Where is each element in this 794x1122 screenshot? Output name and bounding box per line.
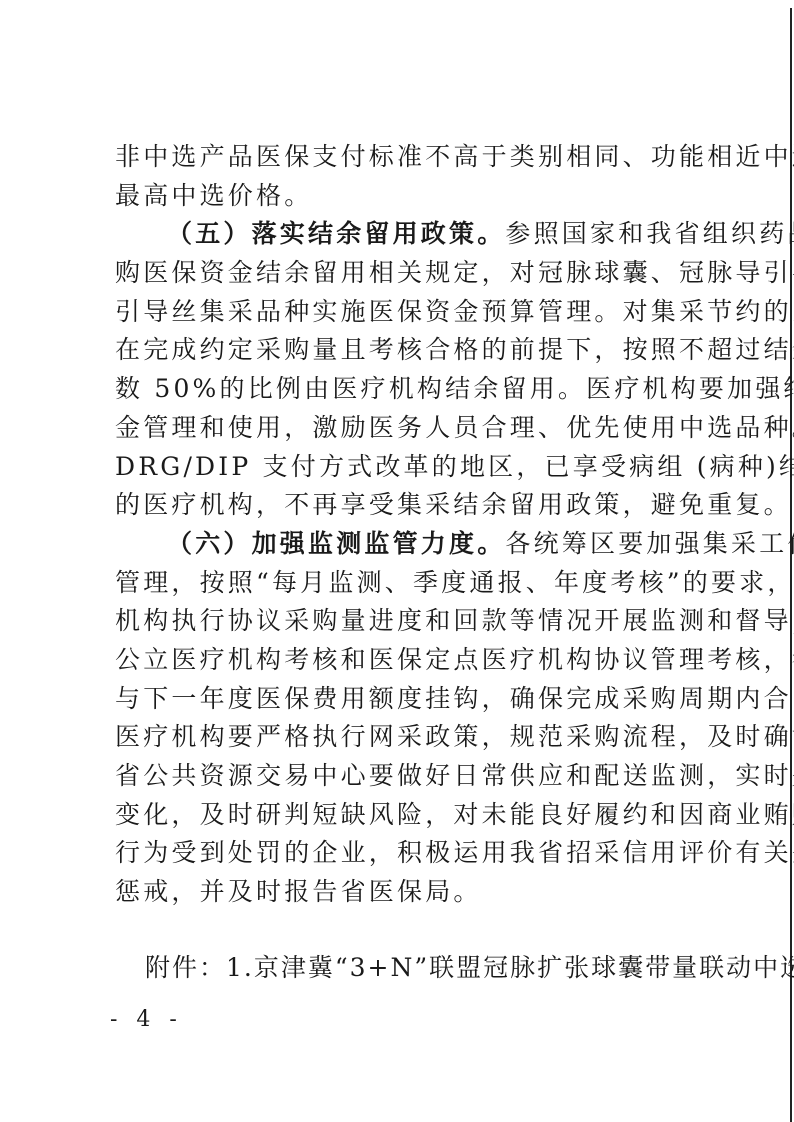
document-body: 非中选产品医保支付标准不高于类别相同、功能相近中选产品的 最高中选价格。 （五）… [115, 138, 683, 912]
text-line: 在完成约定采购量且考核合格的前提下，按照不超过结余测算基 [115, 331, 683, 370]
text-line: 引导丝集采品种实施医保资金预算管理。对集采节约的医保资金， [115, 293, 683, 332]
section-five-text: 参照国家和我省组织药品集中采 [505, 219, 794, 248]
section-five-heading: （五）落实结余留用政策。 [167, 219, 505, 248]
text-line: 行为受到处罚的企业，积极运用我省招采信用评价有关条款予以 [115, 834, 683, 873]
attachment-line: 附件：1.京津冀“3+N”联盟冠脉扩张球囊带量联动中选结果 [145, 949, 794, 987]
text-line: 机构执行协议采购量进度和回款等情况开展监测和督导，并纳入 [115, 602, 683, 641]
text-line: 管理，按照“每月监测、季度通报、年度考核”的要求，对医疗 [115, 564, 683, 603]
text-line: 购医保资金结余留用相关规定，对冠脉球囊、冠脉导引导管和导 [115, 254, 683, 293]
text-line: 医疗机构要严格执行网采政策，规范采购流程，及时确认入库。 [115, 718, 683, 757]
section-six-heading: （六）加强监测监管力度。 [167, 529, 505, 558]
text-line: 公立医疗机构考核和医保定点医疗机构协议管理考核，考核结果 [115, 641, 683, 680]
text-line: 非中选产品医保支付标准不高于类别相同、功能相近中选产品的 [115, 138, 683, 177]
text-line: 省公共资源交易中心要做好日常供应和配送监测，实时关注供需 [115, 757, 683, 796]
text-line: 与下一年度医保费用额度挂钩，确保完成采购周期内合同用量。 [115, 680, 683, 719]
section-six-text: 各统筹区要加强集采工作精细化 [505, 529, 794, 558]
section-six-line: （六）加强监测监管力度。各统筹区要加强集采工作精细化 [115, 525, 683, 564]
text-line: 最高中选价格。 [115, 177, 683, 216]
text-line: 数 50%的比例由医疗机构结余留用。医疗机构要加强结余留用资 [115, 370, 683, 409]
text-line: 惩戒，并及时报告省医保局。 [115, 873, 683, 912]
text-line: 金管理和使用，激励医务人员合理、优先使用中选品种。已开展 [115, 409, 683, 448]
page-number: - 4 - [110, 1006, 183, 1034]
text-line: 变化，及时研判短缺风险，对未能良好履约和因商业贿赂等违法 [115, 796, 683, 835]
text-line: DRG/DIP 支付方式改革的地区，已享受病组 (病种)结余留用政策 [115, 448, 683, 487]
section-five-line: （五）落实结余留用政策。参照国家和我省组织药品集中采 [115, 215, 683, 254]
text-line: 的医疗机构，不再享受集采结余留用政策，避免重复。 [115, 486, 683, 525]
